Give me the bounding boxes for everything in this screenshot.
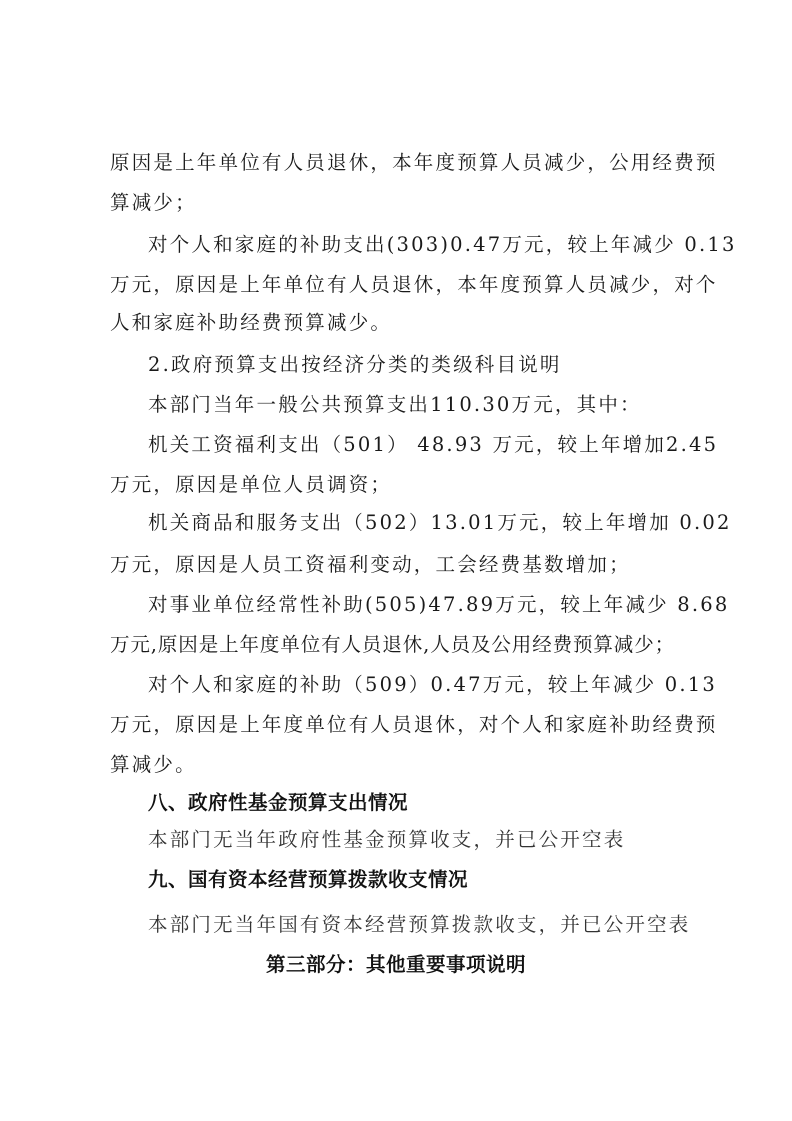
paragraph-line: 万元，原因是上年度单位有人员退休，对个人和家庭补助经费预	[110, 712, 696, 738]
paragraph-line: 对事业单位经常性补助(505)47.89万元，较上年减少 8.68	[148, 592, 696, 618]
paragraph-line: 机关工资福利支出（501） 48.93 万元，较上年增加2.45	[148, 432, 696, 458]
paragraph-line: 万元,原因是上年度单位有人员退休,人员及公用经费预算减少；	[110, 632, 696, 658]
paragraph-line: 算减少。	[110, 752, 696, 778]
paragraph-line: 对个人和家庭的补助支出(303)0.47万元，较上年减少 0.13	[148, 232, 696, 258]
paragraph-line: 对个人和家庭的补助（509）0.47万元，较上年减少 0.13	[148, 672, 696, 698]
subsection-title: 2.政府预算支出按经济分类的类级科目说明	[148, 352, 696, 378]
part-title: 第三部分：其他重要事项说明	[0, 952, 792, 978]
section-heading-8: 八、政府性基金预算支出情况	[148, 790, 734, 816]
paragraph-line: 万元，原因是单位人员调资；	[110, 472, 696, 498]
paragraph-line: 万元，原因是上年单位有人员退休，本年度预算人员减少，对个	[110, 272, 696, 298]
paragraph-line: 机关商品和服务支出（502）13.01万元，较上年增加 0.02	[148, 510, 696, 536]
section-body-8: 本部门无当年政府性基金预算收支，并已公开空表	[148, 827, 696, 853]
section-heading-9: 九、国有资本经营预算拨款收支情况	[148, 867, 734, 893]
paragraph-line: 人和家庭补助经费预算减少。	[110, 310, 696, 336]
paragraph-line: 万元，原因是人员工资福利变动，工会经费基数增加；	[110, 552, 696, 578]
paragraph-line: 原因是上年单位有人员退休，本年度预算人员减少，公用经费预	[110, 150, 696, 176]
paragraph-line: 本部门当年一般公共预算支出110.30万元，其中：	[148, 392, 696, 418]
section-body-9: 本部门无当年国有资本经营预算拨款收支，并已公开空表	[148, 912, 696, 938]
paragraph-line: 算减少；	[110, 190, 696, 216]
